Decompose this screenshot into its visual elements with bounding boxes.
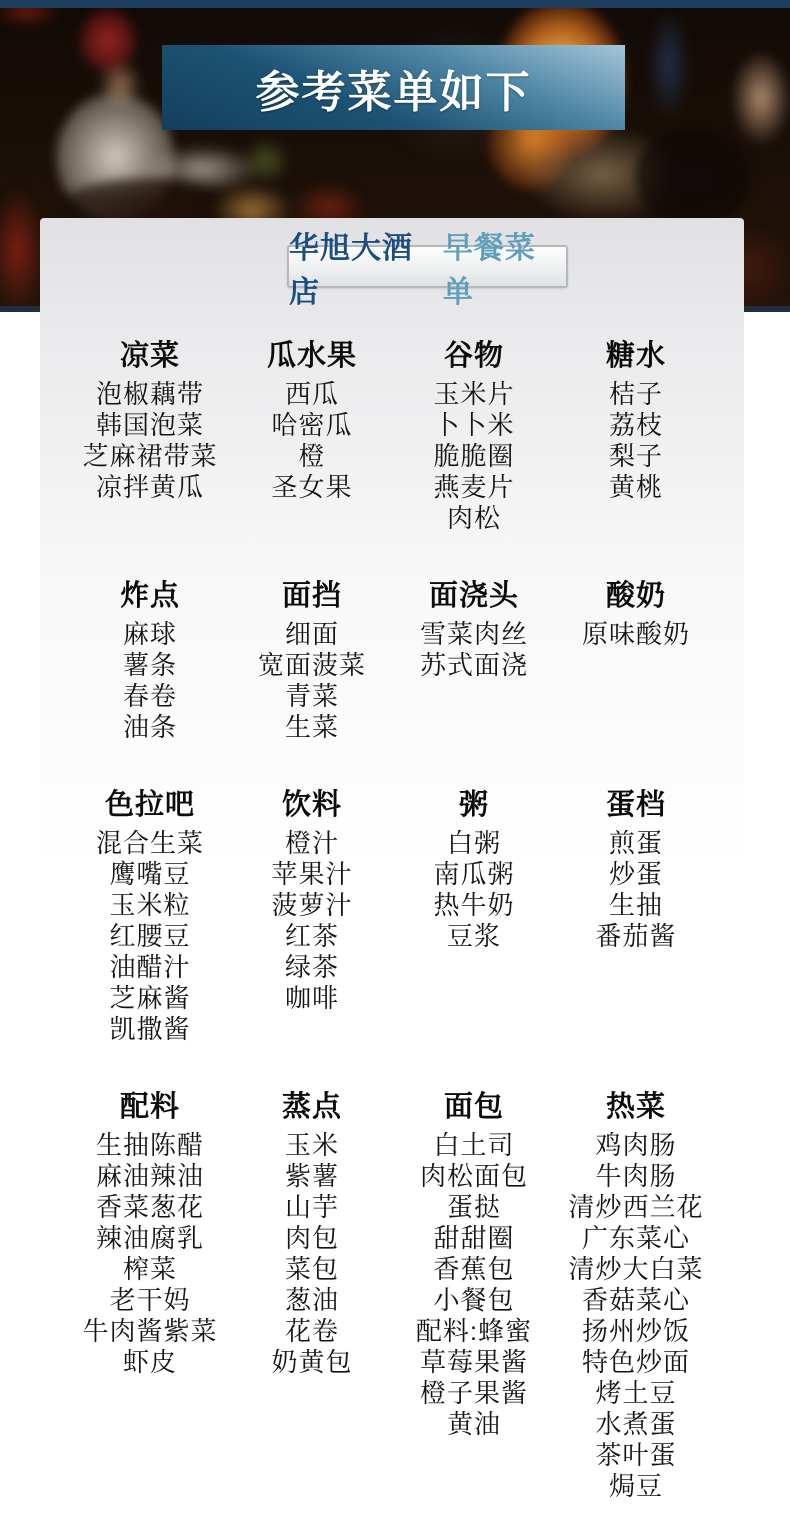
menu-item: 混合生菜 — [69, 828, 231, 859]
menu-section: 酸奶 原味酸奶 — [555, 581, 717, 743]
menu-item: 南瓜粥 — [393, 859, 555, 890]
section-header: 酸奶 — [555, 581, 717, 612]
menu-item: 玉米片 — [393, 379, 555, 410]
menu-item: 春卷 — [69, 681, 231, 712]
menu-section: 面挡 细面宽面菠菜青菜生菜 — [231, 581, 393, 743]
menu-item: 广东菜心 — [555, 1223, 717, 1254]
greens-decor — [242, 138, 290, 184]
menu-item: 生菜 — [231, 712, 393, 743]
menu-section: 热菜 鸡肉肠牛肉肠清炒西兰花广东菜心清炒大白菜香菇菜心扬州炒饭特色炒面烤土豆水煮… — [555, 1092, 717, 1502]
menu-item: 炒蛋 — [555, 859, 717, 890]
menu-section: 面浇头 雪菜肉丝苏式面浇 — [393, 581, 555, 743]
menu-item: 燕麦片 — [393, 472, 555, 503]
menu-item: 白粥 — [393, 828, 555, 859]
menu-item: 卜卜米 — [393, 410, 555, 441]
section-items: 泡椒藕带韩国泡菜芝麻裙带菜凉拌黄瓜 — [69, 379, 231, 503]
section-items: 白粥南瓜粥热牛奶豆浆 — [393, 828, 555, 952]
menu-item: 菜包 — [231, 1254, 393, 1285]
menu-item: 豆浆 — [393, 921, 555, 952]
menu-item: 扬州炒饭 — [555, 1316, 717, 1347]
menu-item: 橙 — [231, 441, 393, 472]
menu-item: 茶叶蛋 — [555, 1440, 717, 1471]
menu-name: 早餐菜单 — [443, 223, 566, 311]
menu-item: 黄桃 — [555, 472, 717, 503]
section-items: 生抽陈醋麻油辣油香菜葱花辣油腐乳榨菜老干妈牛肉酱紫菜虾皮 — [69, 1130, 231, 1378]
menu-item: 配料:蜂蜜 — [393, 1316, 555, 1347]
section-items: 玉米紫薯山芋肉包菜包葱油花卷奶黄包 — [231, 1130, 393, 1378]
section-header: 色拉吧 — [69, 790, 231, 821]
menu-item: 原味酸奶 — [555, 619, 717, 650]
menu-item: 山芋 — [231, 1192, 393, 1223]
menu-item: 麻球 — [69, 619, 231, 650]
menu-item: 老干妈 — [69, 1285, 231, 1316]
menu-section: 色拉吧 混合生菜鹰嘴豆玉米粒红腰豆油醋汁芝麻酱凯撒酱 — [69, 790, 231, 1045]
menu-item: 辣油腐乳 — [69, 1223, 231, 1254]
section-items: 白土司肉松面包蛋挞甜甜圈香蕉包小餐包配料:蜂蜜草莓果酱橙子果酱黄油 — [393, 1130, 555, 1440]
section-items: 原味酸奶 — [555, 619, 717, 650]
section-items: 玉米片卜卜米脆脆圈燕麦片肉松 — [393, 379, 555, 534]
menu-item: 牛肉肠 — [555, 1161, 717, 1192]
menu-item: 青菜 — [231, 681, 393, 712]
menu-item: 香蕉包 — [393, 1254, 555, 1285]
section-items: 鸡肉肠牛肉肠清炒西兰花广东菜心清炒大白菜香菇菜心扬州炒饭特色炒面烤土豆水煮蛋茶叶… — [555, 1130, 717, 1502]
menu-item: 紫薯 — [231, 1161, 393, 1192]
hero-title-banner: 参考菜单如下 — [162, 45, 625, 130]
menu-section: 蒸点 玉米紫薯山芋肉包菜包葱油花卷奶黄包 — [231, 1092, 393, 1502]
menu-item: 肉包 — [231, 1223, 393, 1254]
menu-item: 脆脆圈 — [393, 441, 555, 472]
menu-item: 细面 — [231, 619, 393, 650]
section-header: 配料 — [69, 1092, 231, 1123]
menu-item: 苏式面浇 — [393, 650, 555, 681]
menu-section: 蛋档 煎蛋炒蛋生抽番茄酱 — [555, 790, 717, 1045]
menu-item: 蛋挞 — [393, 1192, 555, 1223]
menu-item: 小餐包 — [393, 1285, 555, 1316]
menu-section: 凉菜 泡椒藕带韩国泡菜芝麻裙带菜凉拌黄瓜 — [69, 341, 231, 534]
menu-item: 热牛奶 — [393, 890, 555, 921]
menu-section: 谷物 玉米片卜卜米脆脆圈燕麦片肉松 — [393, 341, 555, 534]
menu-card: 华旭大酒店早餐菜单 凉菜 泡椒藕带韩国泡菜芝麻裙带菜凉拌黄瓜 瓜水果 西瓜哈密瓜… — [40, 218, 744, 1526]
menu-item: 油条 — [69, 712, 231, 743]
hero-title: 参考菜单如下 — [256, 56, 532, 120]
menu-item: 菠萝汁 — [231, 890, 393, 921]
section-items: 麻球薯条春卷油条 — [69, 619, 231, 743]
section-header: 面浇头 — [393, 581, 555, 612]
menu-item: 香菇菜心 — [555, 1285, 717, 1316]
section-header: 谷物 — [393, 341, 555, 372]
menu-item: 橙汁 — [231, 828, 393, 859]
section-header: 蛋档 — [555, 790, 717, 821]
section-items: 西瓜哈密瓜橙圣女果 — [231, 379, 393, 503]
menu-item: 凯撒酱 — [69, 1014, 231, 1045]
menu-section: 面包 白土司肉松面包蛋挞甜甜圈香蕉包小餐包配料:蜂蜜草莓果酱橙子果酱黄油 — [393, 1092, 555, 1502]
section-items: 桔子荔枝梨子黄桃 — [555, 379, 717, 503]
hand-tongs-decor — [732, 52, 790, 144]
section-header: 蒸点 — [231, 1092, 393, 1123]
menu-item: 甜甜圈 — [393, 1223, 555, 1254]
menu-item: 牛肉酱紫菜 — [69, 1316, 231, 1347]
menu-section: 饮料 橙汁苹果汁菠萝汁红茶绿茶咖啡 — [231, 790, 393, 1045]
section-header: 面挡 — [231, 581, 393, 612]
section-items: 橙汁苹果汁菠萝汁红茶绿茶咖啡 — [231, 828, 393, 1014]
section-items: 混合生菜鹰嘴豆玉米粒红腰豆油醋汁芝麻酱凯撒酱 — [69, 828, 231, 1045]
menu-item: 橙子果酱 — [393, 1378, 555, 1409]
top-navy-strip — [0, 0, 790, 8]
menu-item: 鹰嘴豆 — [69, 859, 231, 890]
menu-item: 生抽 — [555, 890, 717, 921]
menu-section: 粥 白粥南瓜粥热牛奶豆浆 — [393, 790, 555, 1045]
menu-item: 花卷 — [231, 1316, 393, 1347]
menu-grid: 凉菜 泡椒藕带韩国泡菜芝麻裙带菜凉拌黄瓜 瓜水果 西瓜哈密瓜橙圣女果 谷物 玉米… — [40, 341, 744, 1502]
section-header: 面包 — [393, 1092, 555, 1123]
right-wok-decor — [635, 128, 750, 226]
blue-light-decor — [648, 8, 690, 120]
menu-item: 肉松面包 — [393, 1161, 555, 1192]
menu-item: 哈密瓜 — [231, 410, 393, 441]
menu-item: 西瓜 — [231, 379, 393, 410]
menu-item: 红茶 — [231, 921, 393, 952]
menu-item: 芝麻酱 — [69, 983, 231, 1014]
menu-item: 清炒西兰花 — [555, 1192, 717, 1223]
menu-item: 肉松 — [393, 503, 555, 534]
menu-item: 韩国泡菜 — [69, 410, 231, 441]
menu-item: 煎蛋 — [555, 828, 717, 859]
menu-item: 生抽陈醋 — [69, 1130, 231, 1161]
section-header: 瓜水果 — [231, 341, 393, 372]
menu-item: 泡椒藕带 — [69, 379, 231, 410]
menu-item: 葱油 — [231, 1285, 393, 1316]
menu-item: 番茄酱 — [555, 921, 717, 952]
menu-item: 芝麻裙带菜 — [69, 441, 231, 472]
menu-item: 圣女果 — [231, 472, 393, 503]
chili-bottom-left-decor — [0, 188, 45, 312]
menu-section: 糖水 桔子荔枝梨子黄桃 — [555, 341, 717, 534]
menu-section: 炸点 麻球薯条春卷油条 — [69, 581, 231, 743]
menu-item: 雪菜肉丝 — [393, 619, 555, 650]
menu-item: 桔子 — [555, 379, 717, 410]
menu-item: 玉米粒 — [69, 890, 231, 921]
menu-item: 玉米 — [231, 1130, 393, 1161]
section-header: 饮料 — [231, 790, 393, 821]
section-items: 煎蛋炒蛋生抽番茄酱 — [555, 828, 717, 952]
menu-item: 特色炒面 — [555, 1347, 717, 1378]
menu-item: 麻油辣油 — [69, 1161, 231, 1192]
menu-card-title-badge: 华旭大酒店早餐菜单 — [287, 245, 568, 288]
section-items: 雪菜肉丝苏式面浇 — [393, 619, 555, 681]
menu-item: 红腰豆 — [69, 921, 231, 952]
menu-item: 奶黄包 — [231, 1347, 393, 1378]
menu-item: 白土司 — [393, 1130, 555, 1161]
menu-item: 黄油 — [393, 1409, 555, 1440]
menu-item: 虾皮 — [69, 1347, 231, 1378]
menu-item: 鸡肉肠 — [555, 1130, 717, 1161]
section-header: 炸点 — [69, 581, 231, 612]
menu-item: 苹果汁 — [231, 859, 393, 890]
hotel-name: 华旭大酒店 — [289, 223, 443, 311]
section-header: 热菜 — [555, 1092, 717, 1123]
menu-item: 香菜葱花 — [69, 1192, 231, 1223]
menu-item: 宽面菠菜 — [231, 650, 393, 681]
menu-item: 水煮蛋 — [555, 1409, 717, 1440]
menu-item: 薯条 — [69, 650, 231, 681]
menu-item: 榨菜 — [69, 1254, 231, 1285]
menu-section: 瓜水果 西瓜哈密瓜橙圣女果 — [231, 341, 393, 534]
menu-section: 配料 生抽陈醋麻油辣油香菜葱花辣油腐乳榨菜老干妈牛肉酱紫菜虾皮 — [69, 1092, 231, 1502]
menu-item: 凉拌黄瓜 — [69, 472, 231, 503]
section-header: 糖水 — [555, 341, 717, 372]
menu-item: 梨子 — [555, 441, 717, 472]
menu-item: 咖啡 — [231, 983, 393, 1014]
menu-item: 草莓果酱 — [393, 1347, 555, 1378]
menu-item: 油醋汁 — [69, 952, 231, 983]
menu-item: 绿茶 — [231, 952, 393, 983]
menu-item: 荔枝 — [555, 410, 717, 441]
menu-item: 清炒大白菜 — [555, 1254, 717, 1285]
section-header: 凉菜 — [69, 341, 231, 372]
menu-item: 烤土豆 — [555, 1378, 717, 1409]
section-header: 粥 — [393, 790, 555, 821]
menu-item: 焗豆 — [555, 1471, 717, 1502]
section-items: 细面宽面菠菜青菜生菜 — [231, 619, 393, 743]
